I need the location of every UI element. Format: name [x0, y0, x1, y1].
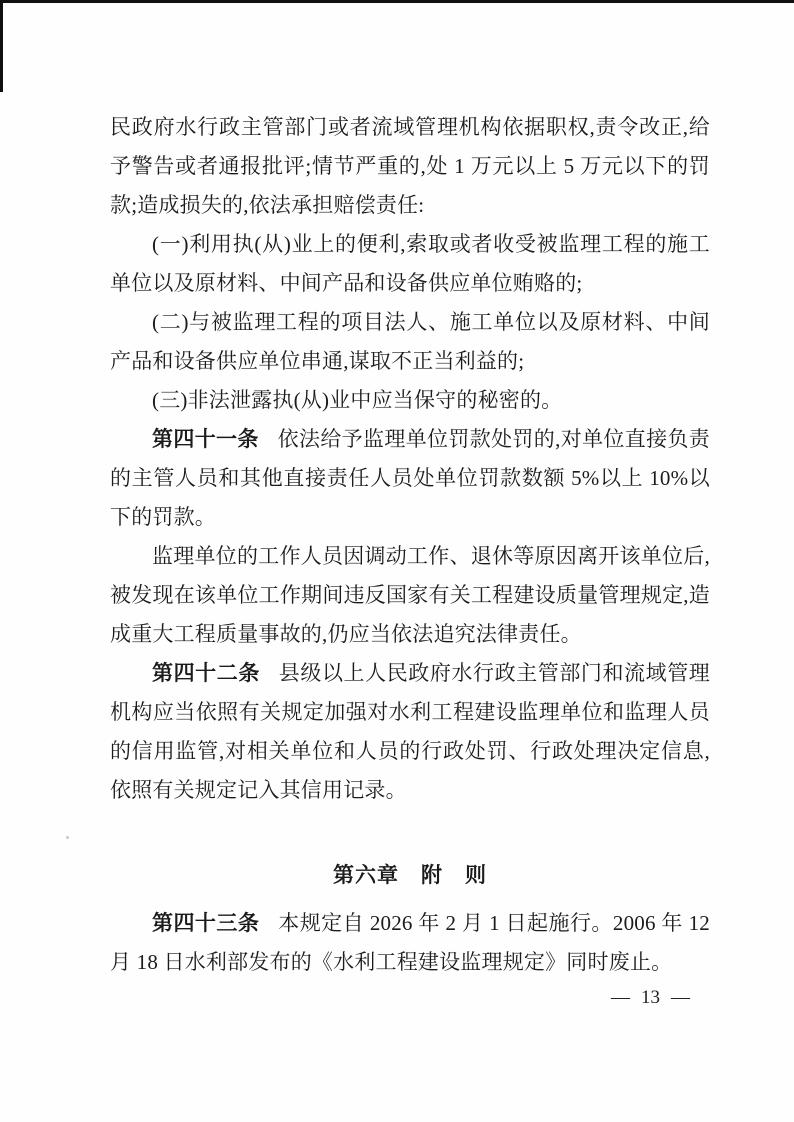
footer-dash-left: —	[611, 986, 630, 1010]
article-43-paragraph: 第四十三条本规定自 2026 年 2 月 1 日起施行。2006 年 12 月 …	[110, 904, 710, 982]
page-footer: —13—	[611, 986, 690, 1010]
scanned-document-page: 民政府水行政主管部门或者流域管理机构依据职权,责令改正,给予警告或者通报批评;情…	[0, 0, 794, 1122]
paragraph-penalty-continuation: 民政府水行政主管部门或者流域管理机构依据职权,责令改正,给予警告或者通报批评;情…	[110, 108, 710, 225]
document-body: 民政府水行政主管部门或者流域管理机构依据职权,责令改正,给予警告或者通报批评;情…	[110, 108, 710, 982]
page-number: 13	[641, 986, 660, 1010]
article-42-number: 第四十二条	[152, 661, 260, 685]
scan-artifact-left-edge	[0, 0, 3, 92]
list-item-2: (二)与被监理工程的项目法人、施工单位以及原材料、中间产品和设备供应单位串通,谋…	[110, 303, 710, 381]
article-41-paragraph: 第四十一条依法给予监理单位罚款处罚的,对单位直接负责的主管人员和其他直接责任人员…	[110, 420, 710, 537]
scan-artifact-top-edge	[0, 0, 794, 3]
paragraph-staff-liability: 监理单位的工作人员因调动工作、退休等原因离开该单位后,被发现在该单位工作期间违反…	[110, 537, 710, 654]
list-item-1: (一)利用执(从)业上的便利,索取或者收受被监理工程的施工单位以及原材料、中间产…	[110, 225, 710, 303]
list-item-3: (三)非法泄露执(从)业中应当保守的秘密的。	[110, 381, 710, 420]
scan-speck	[66, 836, 69, 839]
chapter-6-heading: 第六章 附 则	[110, 856, 710, 895]
article-43-number: 第四十三条	[152, 911, 259, 935]
footer-dash-right: —	[671, 986, 690, 1010]
article-42-paragraph: 第四十二条县级以上人民政府水行政主管部门和流域管理机构应当依照有关规定加强对水利…	[110, 654, 710, 810]
article-41-number: 第四十一条	[152, 427, 259, 451]
